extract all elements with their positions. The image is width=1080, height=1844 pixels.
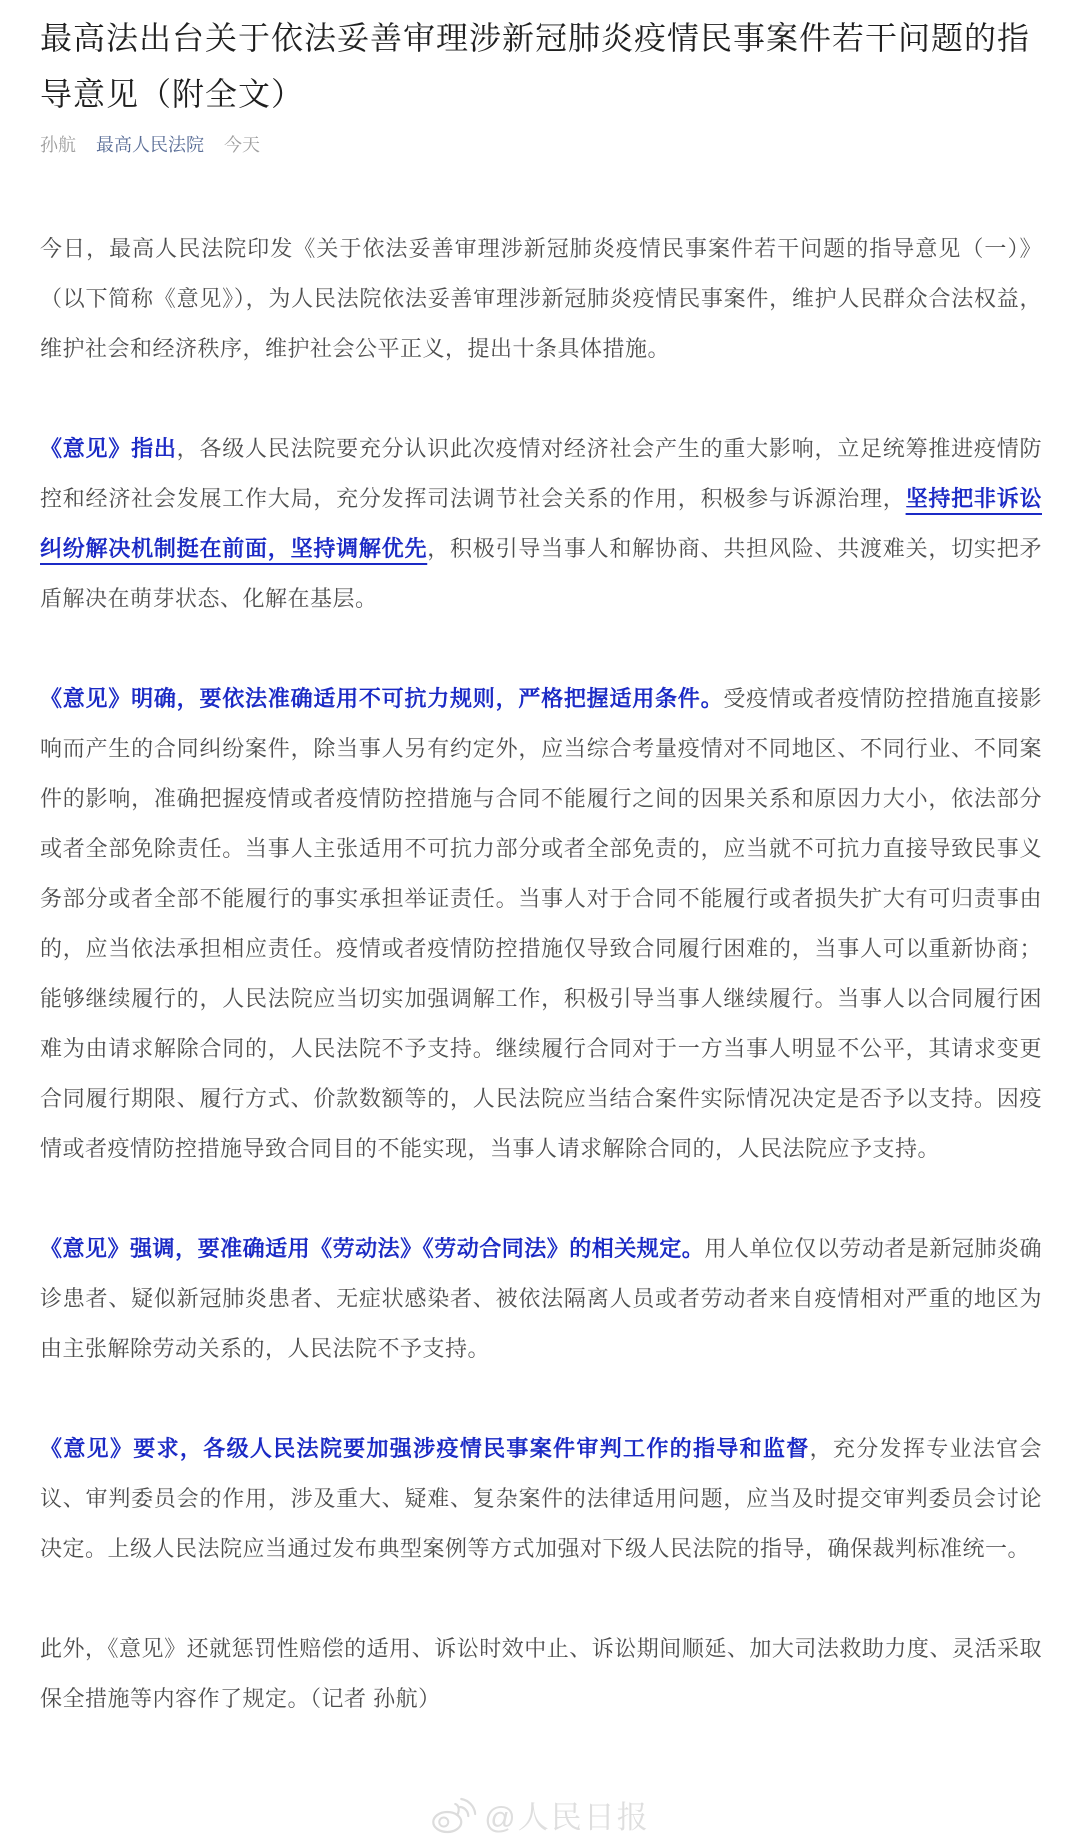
article-title: 最高法出台关于依法妥善审理涉新冠肺炎疫情民事案件若干问题的指导意见（附全文） [40,10,1042,122]
text-segment: 此外，《意见》还就惩罚性赔偿的适用、诉讼时效中止、诉讼期间顺延、加大司法救助力度… [40,1636,1042,1711]
paragraph: 《意见》强调，要准确适用《劳动法》《劳动合同法》的相关规定。用人单位仅以劳动者是… [40,1224,1042,1374]
text-segment: 受疫情或者疫情防控措施直接影响而产生的合同纠纷案件，除当事人另有约定外，应当综合… [40,686,1042,1161]
emphasis-segment: 《意见》指出 [40,436,177,461]
article-body: 今日，最高人民法院印发《关于依法妥善审理涉新冠肺炎疫情民事案件若干问题的指导意见… [40,224,1042,1724]
byline: 孙航 最高人民法院 今天 [40,132,1042,158]
article-content: 最高法出台关于依法妥善审理涉新冠肺炎疫情民事案件若干问题的指导意见（附全文） 孙… [0,0,1080,1724]
emphasis-segment: 《意见》要求，各级人民法院要加强涉疫情民事案件审判工作的指导和监督 [40,1436,810,1461]
publish-date: 今天 [224,132,260,158]
emphasis-segment: 《意见》明确，要依法准确适用不可抗力规则，严格把握适用条件。 [40,686,723,711]
paragraph: 《意见》要求，各级人民法院要加强涉疫情民事案件审判工作的指导和监督，充分发挥专业… [40,1424,1042,1574]
text-segment: ，各级人民法院要充分认识此次疫情对经济社会产生的重大影响，立足统筹推进疫情防控和… [40,436,1042,511]
article-page: 最高法出台关于依法妥善审理涉新冠肺炎疫情民事案件若干问题的指导意见（附全文） 孙… [0,0,1080,1844]
watermark: @人民日报 [430,1792,649,1837]
text-segment: 今日，最高人民法院印发《关于依法妥善审理涉新冠肺炎疫情民事案件若干问题的指导意见… [40,236,1042,361]
paragraph: 此外，《意见》还就惩罚性赔偿的适用、诉讼时效中止、诉讼期间顺延、加大司法救助力度… [40,1624,1042,1724]
weibo-icon [430,1795,476,1835]
account-link[interactable]: 最高人民法院 [96,132,204,158]
paragraph: 今日，最高人民法院印发《关于依法妥善审理涉新冠肺炎疫情民事案件若干问题的指导意见… [40,224,1042,374]
paragraph: 《意见》明确，要依法准确适用不可抗力规则，严格把握适用条件。受疫情或者疫情防控措… [40,674,1042,1174]
watermark-label: @人民日报 [484,1792,649,1837]
author-name: 孙航 [40,132,76,158]
paragraph: 《意见》指出，各级人民法院要充分认识此次疫情对经济社会产生的重大影响，立足统筹推… [40,424,1042,624]
emphasis-segment: 《意见》强调，要准确适用《劳动法》《劳动合同法》的相关规定。 [40,1236,704,1261]
